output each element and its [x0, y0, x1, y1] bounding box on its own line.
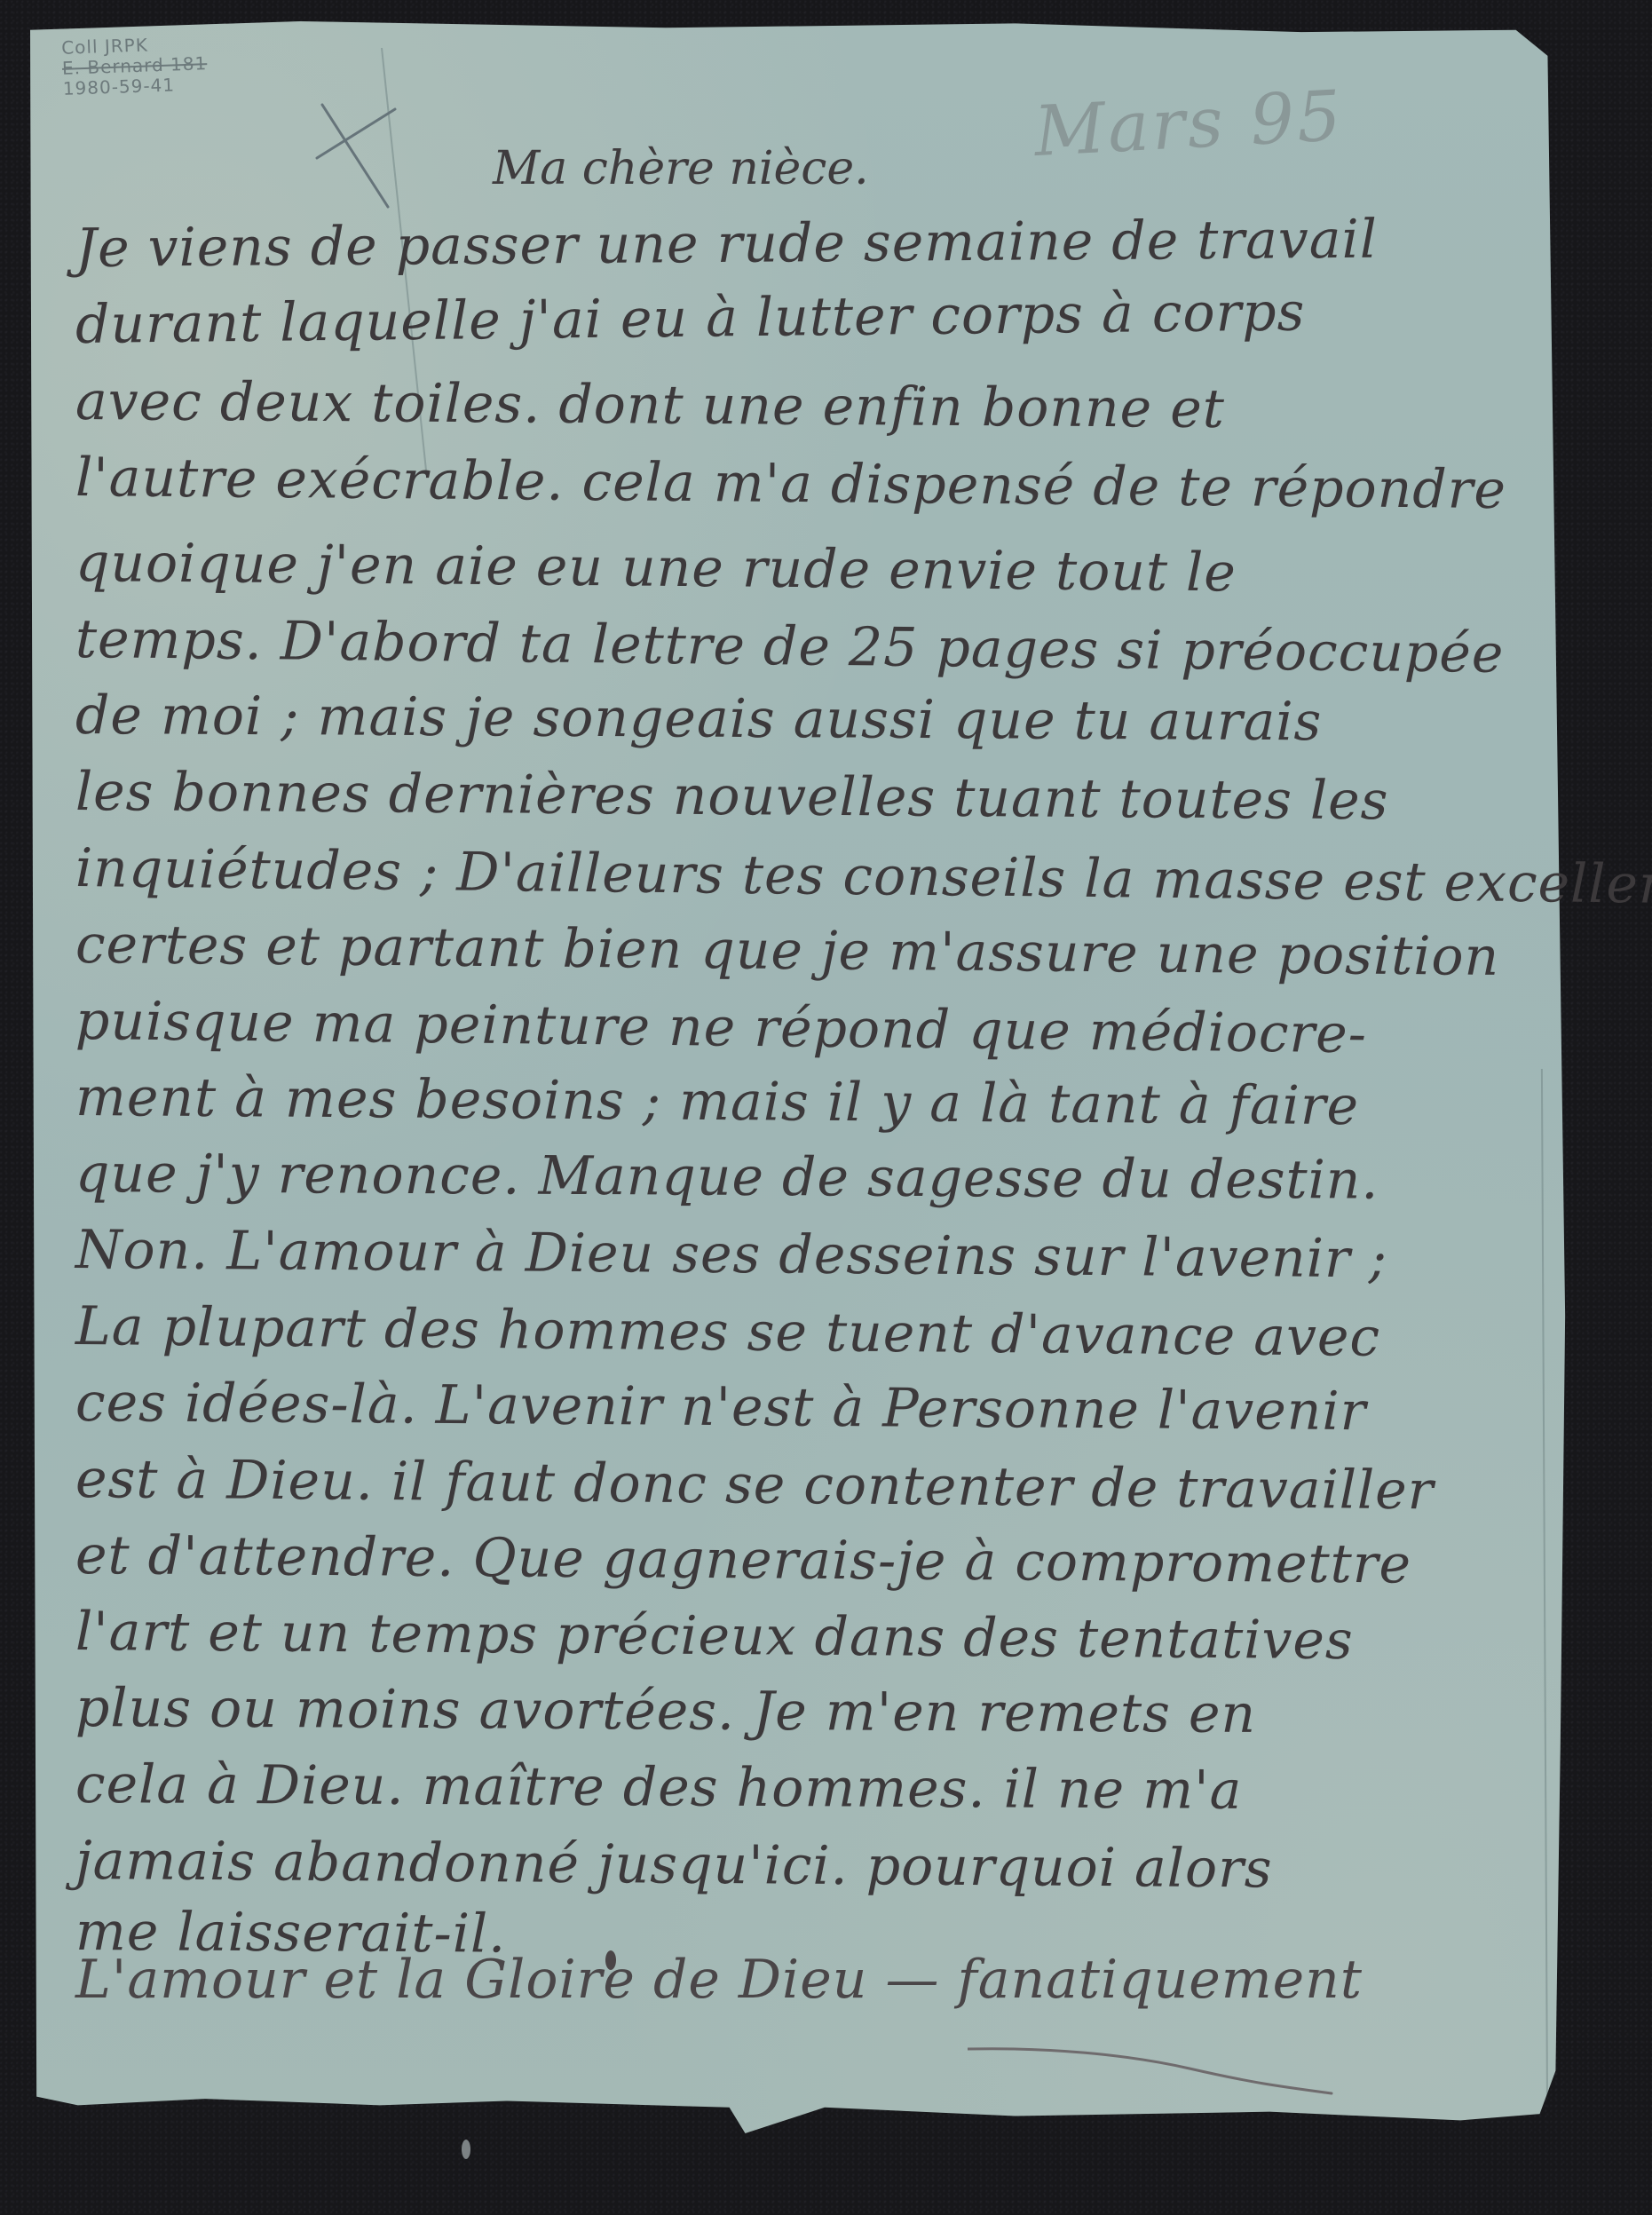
body-line: jamais abandonné jusqu'ici. pourquoi alo… [75, 1830, 1273, 1900]
body-line: que j'y renonce. Manque de sagesse du de… [75, 1143, 1379, 1212]
body-line: certes et partant bien que je m'assure u… [75, 914, 1500, 988]
body-line: Je viens de passer une rude semaine de t… [75, 209, 1378, 280]
date-annotation: Mars 95 [1032, 76, 1346, 172]
body-line: ces idées-là. L'avenir n'est à Personne … [75, 1372, 1367, 1443]
closing-line: L'amour et la Gloire de Dieu — fanatique… [75, 1949, 1363, 2011]
body-line: l'art et un temps précieux dans des tent… [75, 1601, 1354, 1672]
body-line: de moi ; mais je songeais aussi que tu a… [75, 684, 1323, 753]
body-line: l'autre exécrable. cela m'a dispensé de … [75, 447, 1507, 521]
salutation: Ma chère nièce. [493, 142, 869, 195]
body-line: est à Dieu. il faut donc se contenter de… [75, 1448, 1435, 1522]
body-line: cela à Dieu. maître des hommes. il ne m'… [75, 1753, 1243, 1822]
pencil-cross-mark-icon [315, 96, 404, 211]
body-line: quoique j'en aie eu une rude envie tout … [75, 532, 1237, 604]
body-line: La plupart des hommes se tuent d'avance … [75, 1295, 1381, 1369]
right-margin-line [1541, 1069, 1548, 2116]
body-line: plus ou moins avortées. Je m'en remets e… [75, 1677, 1257, 1745]
signature-underline-stroke [968, 2042, 1340, 2095]
body-line: durant laquelle j'ai eu à lutter corps à… [75, 281, 1306, 356]
body-line: les bonnes dernières nouvelles tuant tou… [75, 761, 1389, 832]
museum-annotation: Coll JRPK E. Bernard 181 1980-59-41 [61, 33, 209, 99]
body-line: avec deux toiles. dont une enfin bonne e… [75, 370, 1225, 440]
body-line: ment à mes besoins ; mais il y a là tant… [75, 1066, 1360, 1137]
body-line: Non. L'amour à Dieu ses desseins sur l'a… [75, 1219, 1387, 1290]
body-line: et d'attendre. Que gagnerais-je à compro… [75, 1524, 1411, 1596]
ink-blot [462, 2140, 470, 2159]
